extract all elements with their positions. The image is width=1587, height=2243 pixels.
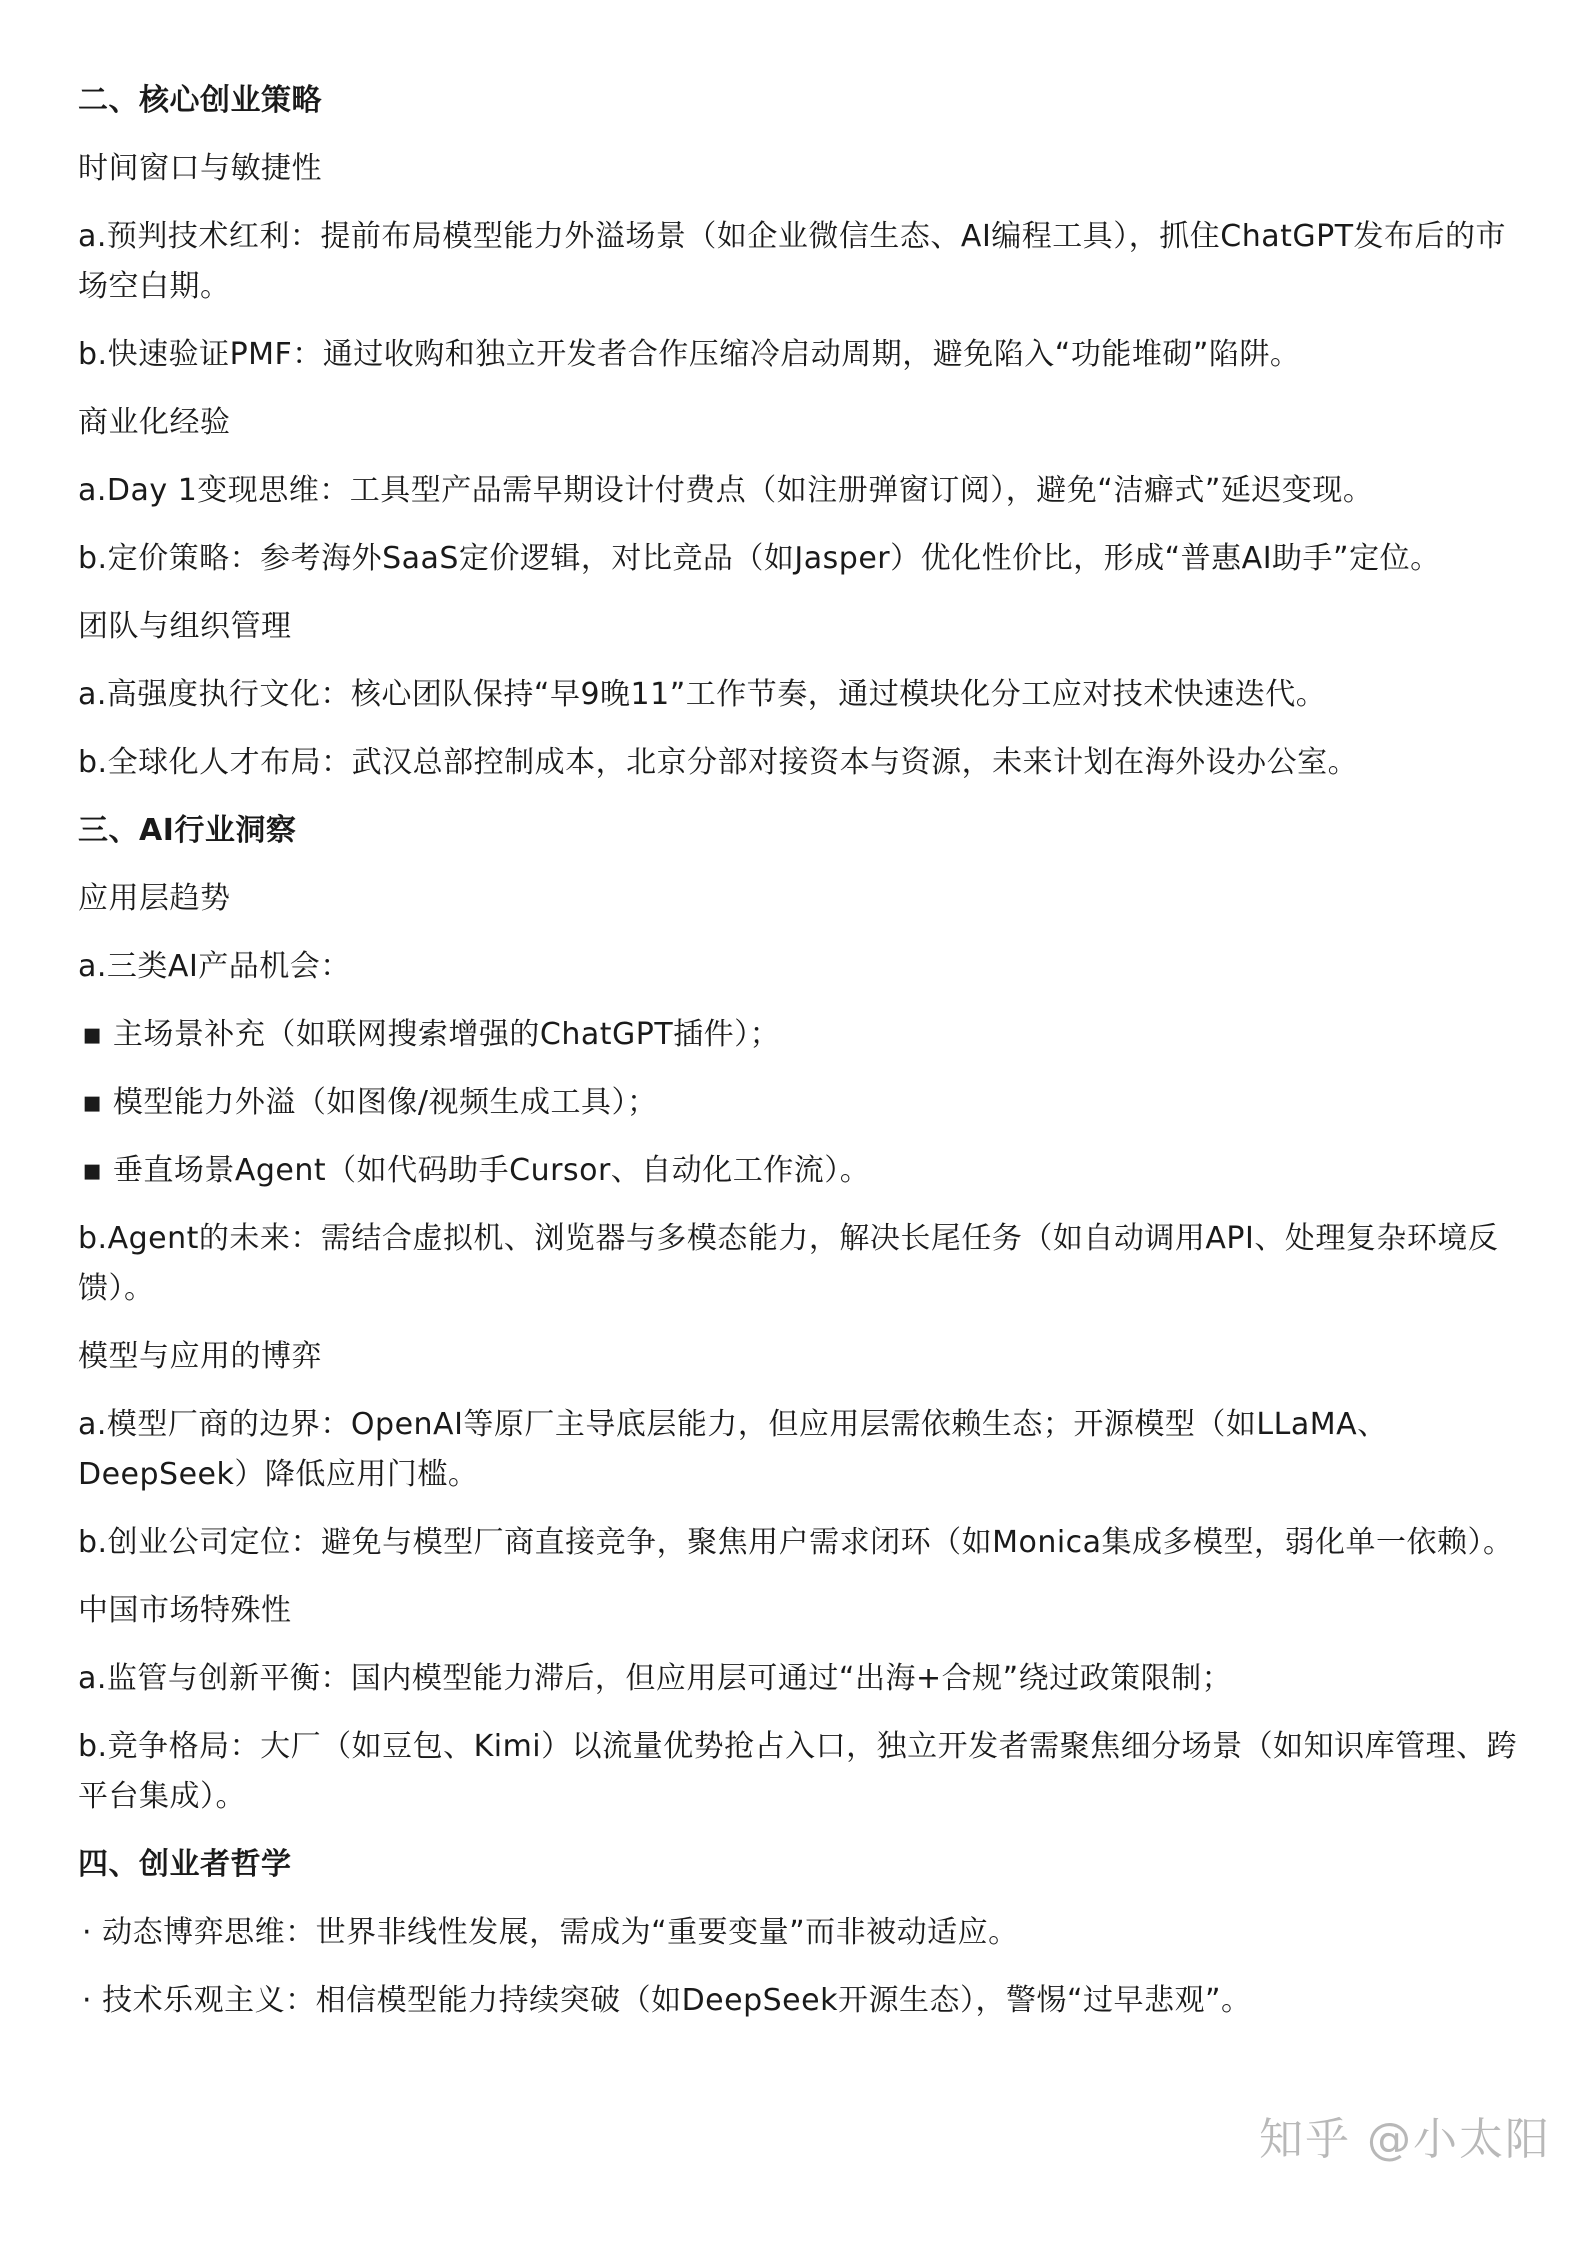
paragraph: a.监管与创新平衡：国内模型能力滞后，但应用层可通过“出海+合规”绕过政策限制； — [78, 1654, 1528, 1704]
subheading: 时间窗口与敏捷性 — [78, 144, 1528, 194]
paragraph: b.竞争格局：大厂（如豆包、Kimi）以流量优势抢占入口，独立开发者需聚焦细分场… — [78, 1722, 1528, 1822]
paragraph: a.预判技术红利：提前布局模型能力外溢场景（如企业微信生态、AI编程工具），抓住… — [78, 212, 1528, 312]
paragraph: b.定价策略：参考海外SaaS定价逻辑，对比竞品（如Jasper）优化性价比，形… — [78, 534, 1528, 584]
bullet-item: ▪ 主场景补充（如联网搜索增强的ChatGPT插件）； — [78, 1010, 1528, 1060]
paragraph: b.Agent的未来：需结合虚拟机、浏览器与多模态能力，解决长尾任务（如自动调用… — [78, 1214, 1528, 1314]
paragraph: b.创业公司定位：避免与模型厂商直接竞争，聚焦用户需求闭环（如Monica集成多… — [78, 1518, 1528, 1568]
bullet-item: · 技术乐观主义：相信模型能力持续突破（如DeepSeek开源生态），警惕“过早… — [78, 1976, 1528, 2026]
subheading: 应用层趋势 — [78, 874, 1528, 924]
watermark: 知乎 @小太阳 — [1259, 2103, 1551, 2167]
document-body: 二、核心创业策略 时间窗口与敏捷性 a.预判技术红利：提前布局模型能力外溢场景（… — [78, 76, 1528, 2044]
section-heading: 二、核心创业策略 — [78, 76, 1528, 126]
subheading: 商业化经验 — [78, 398, 1528, 448]
subheading: 团队与组织管理 — [78, 602, 1528, 652]
bullet-item: ▪ 模型能力外溢（如图像/视频生成工具）； — [78, 1078, 1528, 1128]
paragraph: b.全球化人才布局：武汉总部控制成本，北京分部对接资本与资源，未来计划在海外设办… — [78, 738, 1528, 788]
subheading: 模型与应用的博弈 — [78, 1332, 1528, 1382]
paragraph: a.高强度执行文化：核心团队保持“早9晚11”工作节奏，通过模块化分工应对技术快… — [78, 670, 1528, 720]
bullet-item: · 动态博弈思维：世界非线性发展，需成为“重要变量”而非被动适应。 — [78, 1908, 1528, 1958]
bullet-item: ▪ 垂直场景Agent（如代码助手Cursor、自动化工作流）。 — [78, 1146, 1528, 1196]
section-heading: 三、AI行业洞察 — [78, 806, 1528, 856]
paragraph: a.模型厂商的边界：OpenAI等原厂主导底层能力，但应用层需依赖生态；开源模型… — [78, 1400, 1528, 1500]
paragraph: b.快速验证PMF：通过收购和独立开发者合作压缩冷启动周期，避免陷入“功能堆砌”… — [78, 330, 1528, 380]
section-heading: 四、创业者哲学 — [78, 1840, 1528, 1890]
paragraph: a.Day 1变现思维：工具型产品需早期设计付费点（如注册弹窗订阅），避免“洁癖… — [78, 466, 1528, 516]
subheading: 中国市场特殊性 — [78, 1586, 1528, 1636]
paragraph: a.三类AI产品机会： — [78, 942, 1528, 992]
